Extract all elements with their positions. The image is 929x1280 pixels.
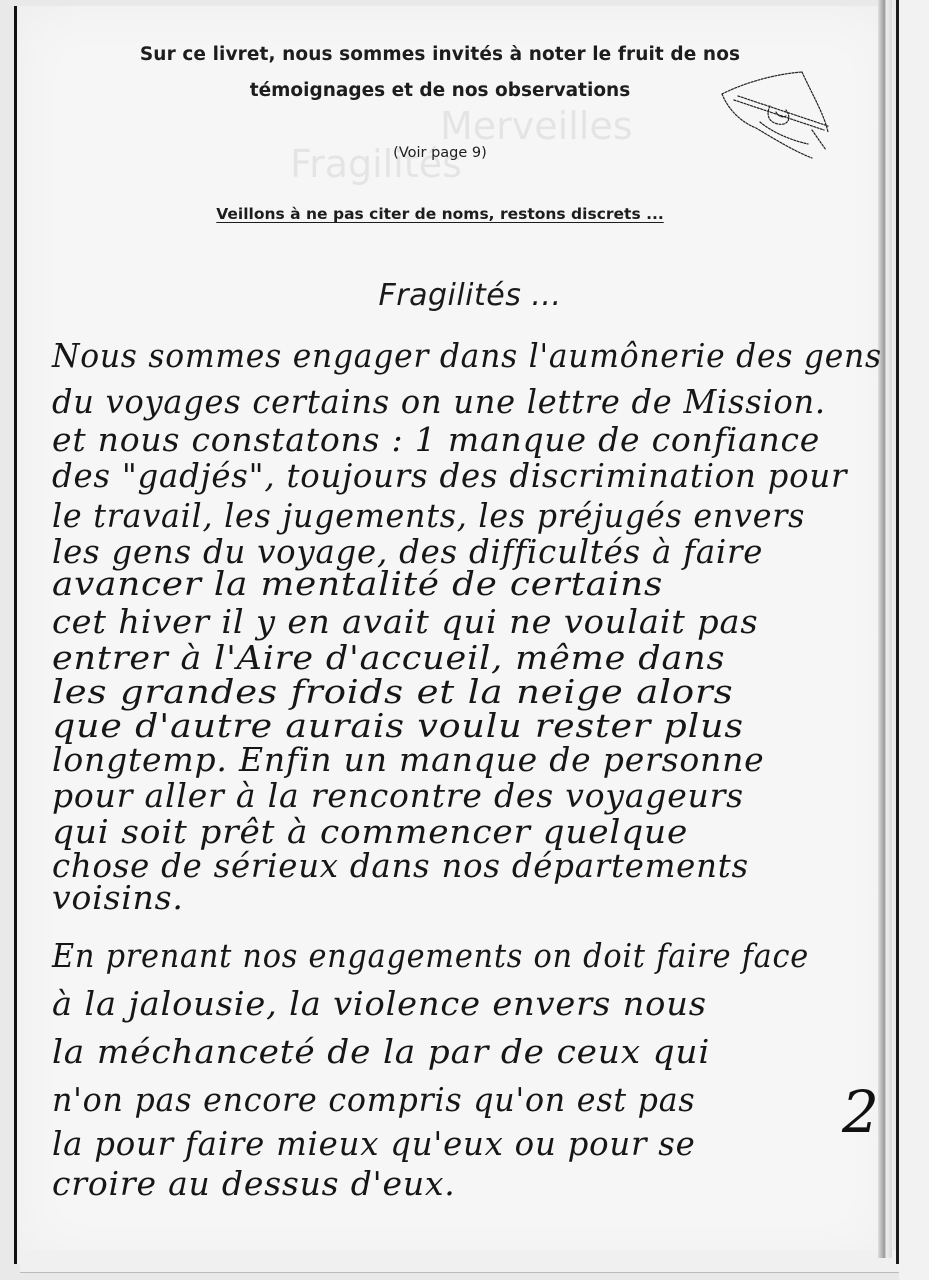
handwritten-body: Nous sommes engager dans l'aumônerie des… bbox=[0, 0, 929, 1280]
handwritten-line: du voyages certains on une lettre de Mis… bbox=[52, 382, 826, 421]
page-number: 2 bbox=[842, 1078, 879, 1146]
handwritten-line: longtemp. Enfin un manque de personne bbox=[52, 740, 764, 779]
handwritten-line: et nous constatons : 1 manque de confian… bbox=[52, 420, 820, 459]
handwritten-line: le travail, les jugements, les préjugés … bbox=[52, 496, 805, 535]
handwritten-line: cet hiver il y en avait qui ne voulait p… bbox=[52, 602, 758, 641]
handwritten-line: à la jalousie, la violence envers nous bbox=[52, 984, 707, 1023]
handwritten-line: n'on pas encore compris qu'on est pas bbox=[52, 1080, 695, 1119]
handwritten-line: la méchanceté de la par de ceux qui bbox=[52, 1032, 710, 1071]
handwritten-line: pour aller à la rencontre des voyageurs bbox=[52, 776, 744, 815]
handwritten-line: croire au dessus d'eux. bbox=[52, 1164, 456, 1203]
handwritten-line: voisins. bbox=[52, 878, 184, 917]
handwritten-line: des "gadjés", toujours des discriminatio… bbox=[52, 456, 847, 495]
handwritten-line: avancer la mentalité de certains bbox=[52, 564, 663, 603]
handwritten-line: Nous sommes engager dans l'aumônerie des… bbox=[52, 336, 882, 375]
handwritten-line: En prenant nos engagements on doit faire… bbox=[52, 936, 809, 975]
handwritten-line: la pour faire mieux qu'eux ou pour se bbox=[52, 1124, 696, 1163]
